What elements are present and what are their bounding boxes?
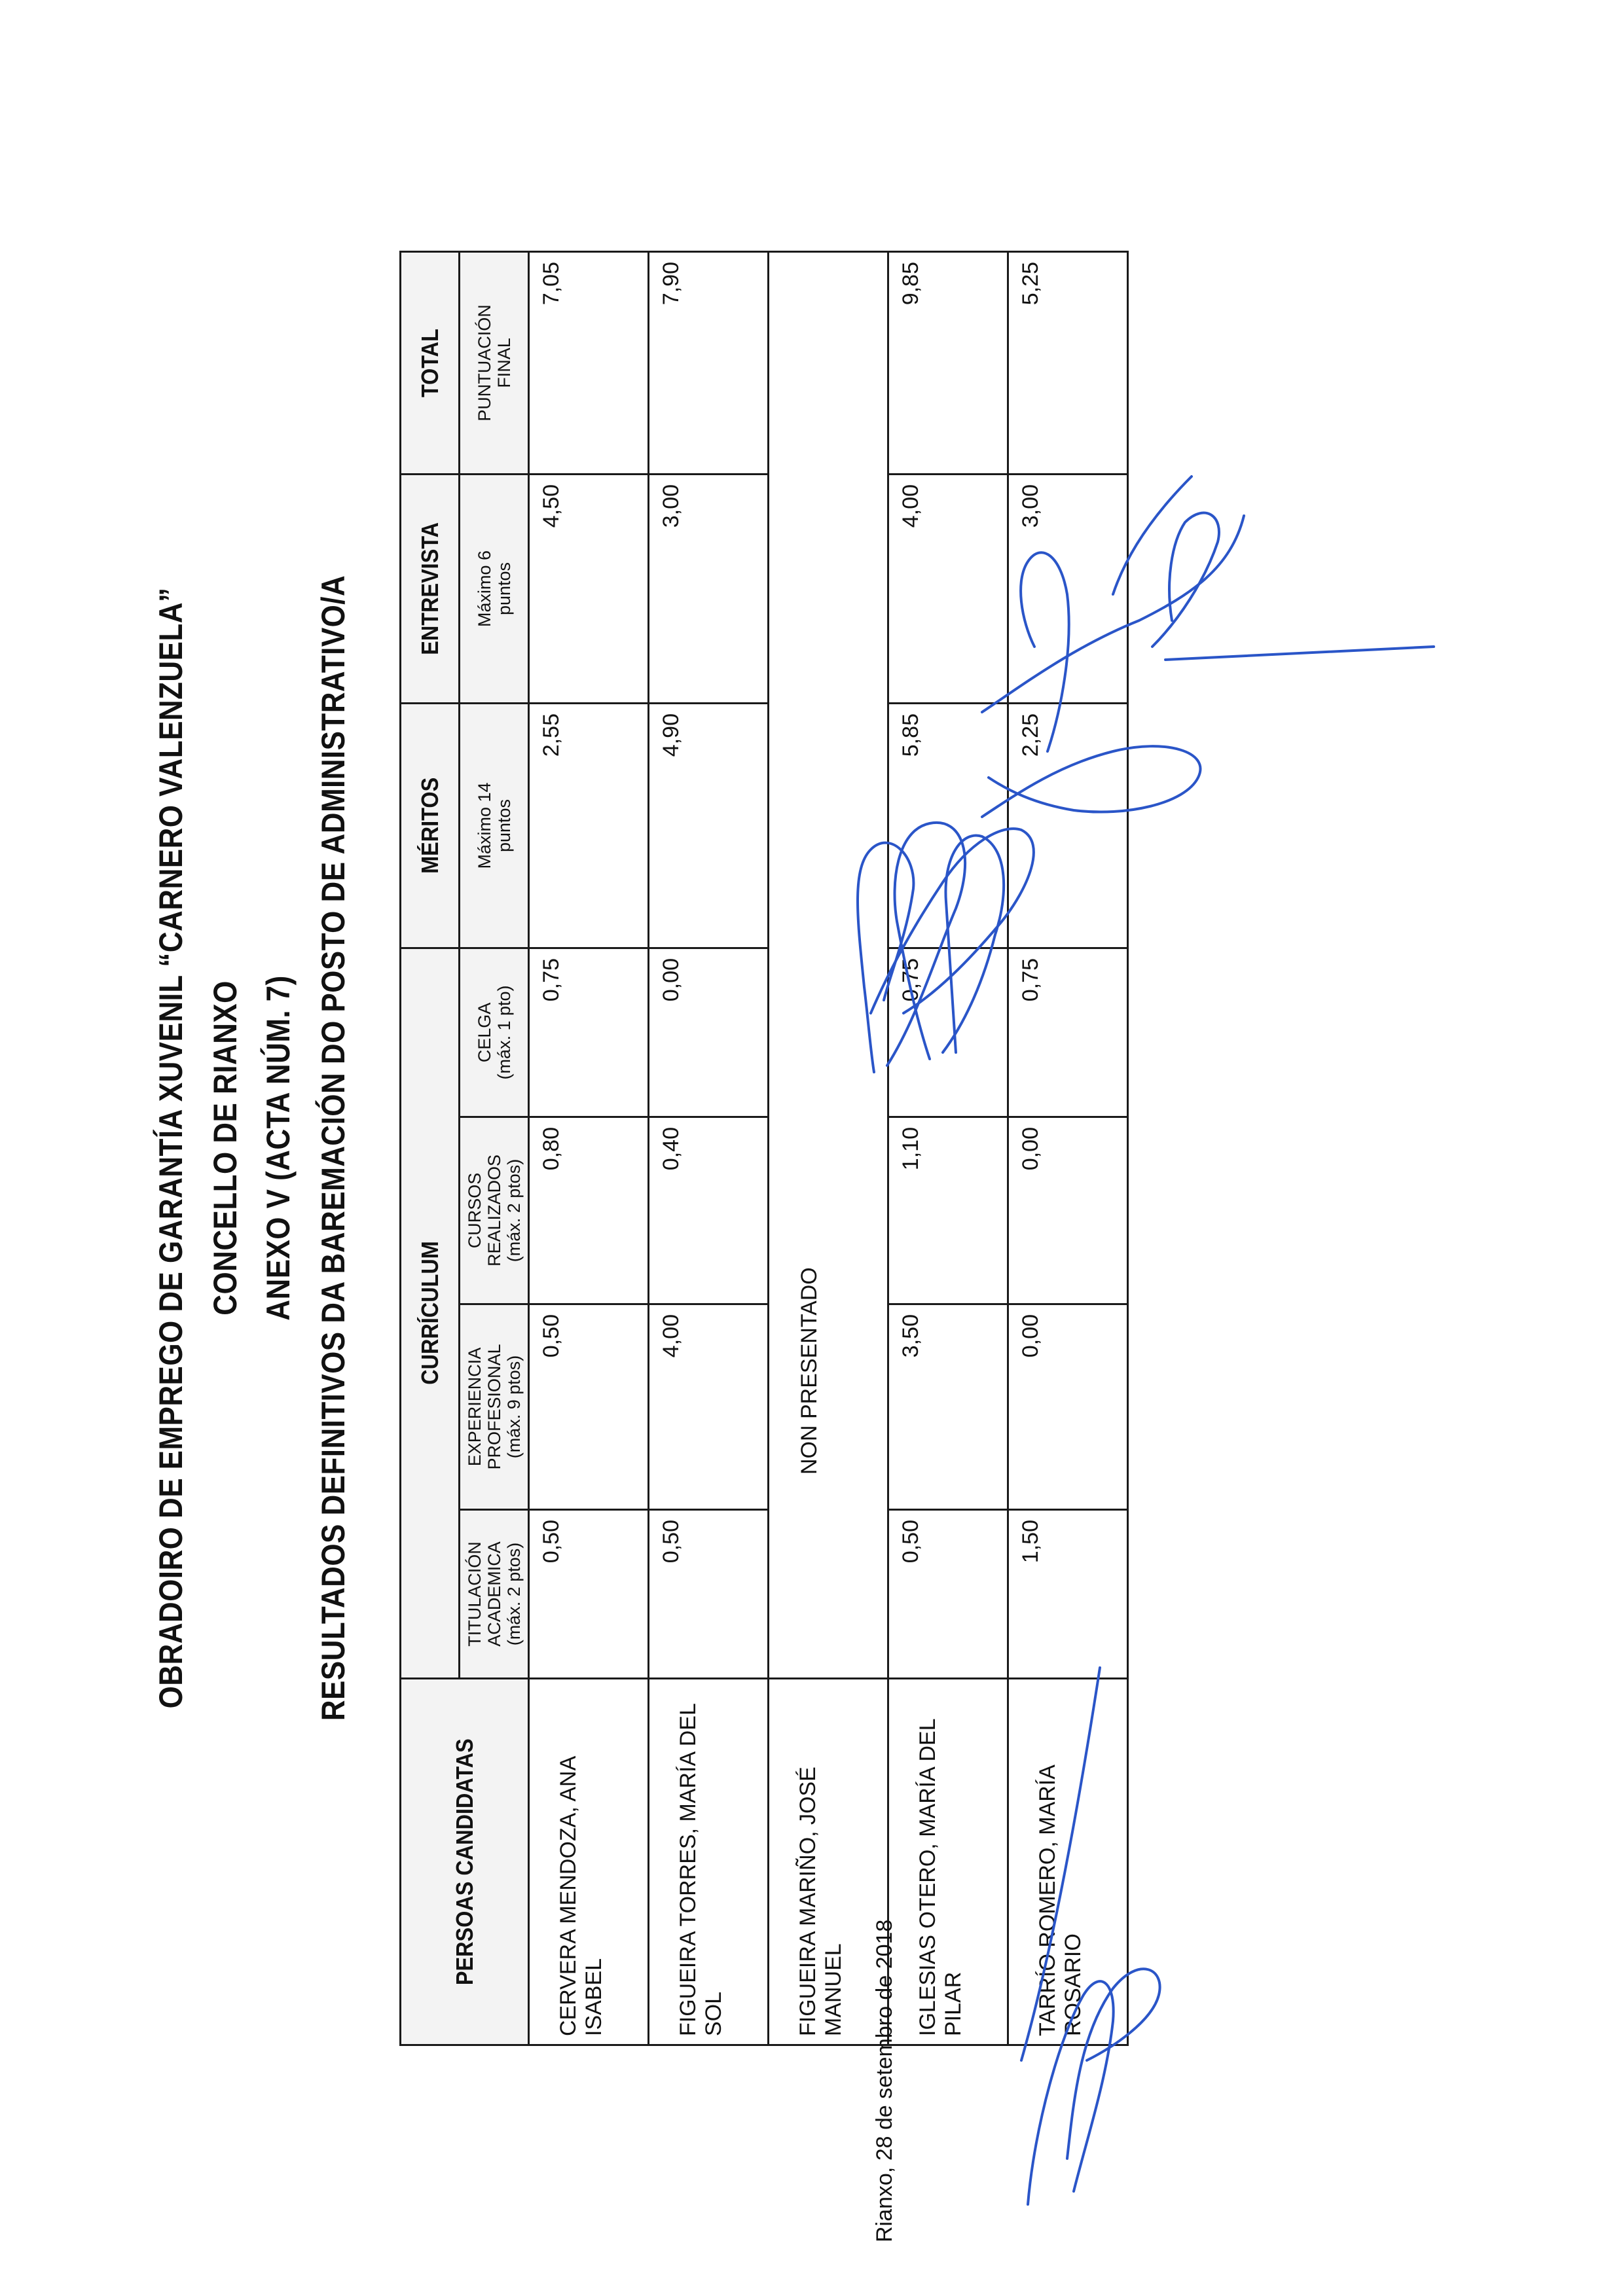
subheader-entrevista: Máximo 6puntos [460, 475, 529, 704]
score-total: 5,25 [1008, 252, 1128, 475]
score-total: 9,85 [888, 252, 1008, 475]
table-row: IGLESIAS OTERO, MARÍA DEL PILAR 0,50 3,5… [888, 252, 1008, 2045]
header-total: TOTAL [401, 252, 460, 475]
score-celga: 0,75 [1008, 948, 1128, 1117]
score-meritos: 5,85 [888, 704, 1008, 948]
candidate-name: FIGUEIRA MARIÑO, JOSÉ MANUEL [769, 1679, 888, 2045]
candidate-name: FIGUEIRA TORRES, MARÍA DEL SOL [649, 1679, 769, 2045]
score-titulacion: 0,50 [649, 1510, 769, 1679]
score-celga: 0,00 [649, 948, 769, 1117]
table-row: FIGUEIRA MARIÑO, JOSÉ MANUEL NON PRESENT… [769, 252, 888, 2045]
header-entrevista: ENTREVISTA [401, 475, 460, 704]
table-row: FIGUEIRA TORRES, MARÍA DEL SOL 0,50 4,00… [649, 252, 769, 2045]
candidate-name: TARRÍO ROMERO, MARÍA ROSARIO [1008, 1679, 1128, 2045]
subheader-cursos: CURSOSREALIZADOS(máx. 2 ptos) [460, 1117, 529, 1304]
score-experiencia: 0,50 [529, 1304, 649, 1510]
score-entrevista: 4,50 [529, 475, 649, 704]
score-celga: 0,75 [888, 948, 1008, 1117]
score-experiencia: 4,00 [649, 1304, 769, 1510]
score-total: 7,90 [649, 252, 769, 475]
document-page: OBRADOIRO DE EMPREGO DE GARANTÍA XUVENIL… [0, 0, 1623, 2296]
subheader-celga: CELGA(máx. 1 pto) [460, 948, 529, 1117]
score-titulacion: 0,50 [888, 1510, 1008, 1679]
score-cursos: 0,40 [649, 1117, 769, 1304]
annex-title: ANEXO V (ACTA NÚM. 7) [259, 137, 297, 2158]
subheader-total: PUNTUACIÓNFINAL [460, 252, 529, 475]
subheader-meritos: Máximo 14puntos [460, 704, 529, 948]
candidate-name: IGLESIAS OTERO, MARÍA DEL PILAR [888, 1679, 1008, 2045]
score-experiencia: 0,00 [1008, 1304, 1128, 1510]
score-celga: 0,75 [529, 948, 649, 1117]
document-title: OBRADOIRO DE EMPREGO DE GARANTÍA XUVENIL… [152, 137, 190, 2158]
score-entrevista: 3,00 [1008, 475, 1128, 704]
score-experiencia: 3,50 [888, 1304, 1008, 1510]
header-meritos: MÉRITOS [401, 704, 460, 948]
results-table: PERSOAS CANDIDATAS CURRÍCULUM MÉRITOS EN… [399, 251, 1129, 2046]
status-not-presented: NON PRESENTADO [769, 252, 888, 1679]
table-row: TARRÍO ROMERO, MARÍA ROSARIO 1,50 0,00 0… [1008, 252, 1128, 2045]
score-entrevista: 3,00 [649, 475, 769, 704]
header-curriculum: CURRÍCULUM [401, 948, 460, 1679]
score-titulacion: 1,50 [1008, 1510, 1128, 1679]
header-candidates: PERSOAS CANDIDATAS [401, 1679, 529, 2045]
score-cursos: 0,80 [529, 1117, 649, 1304]
subheader-titulacion: TITULACIÓNACADEMICA(máx. 2 ptos) [460, 1510, 529, 1679]
score-cursos: 0,00 [1008, 1117, 1128, 1304]
table-row: CERVERA MENDOZA, ANA ISABEL 0,50 0,50 0,… [529, 252, 649, 2045]
score-meritos: 2,25 [1008, 704, 1128, 948]
results-title: RESULTADOS DEFINITIVOS DA BAREMACIÓN DO … [314, 137, 352, 2158]
score-titulacion: 0,50 [529, 1510, 649, 1679]
score-total: 7,05 [529, 252, 649, 475]
place-and-date: Rianxo, 28 de setembro de 2018 [872, 1920, 898, 2242]
candidate-name: CERVERA MENDOZA, ANA ISABEL [529, 1679, 649, 2045]
score-entrevista: 4,00 [888, 475, 1008, 704]
score-cursos: 1,10 [888, 1117, 1008, 1304]
score-meritos: 4,90 [649, 704, 769, 948]
municipality-title: CONCELLO DE RIANXO [206, 137, 244, 2158]
subheader-experiencia: EXPERIENCIAPROFESIONAL(máx. 9 ptos) [460, 1304, 529, 1510]
score-meritos: 2,55 [529, 704, 649, 948]
